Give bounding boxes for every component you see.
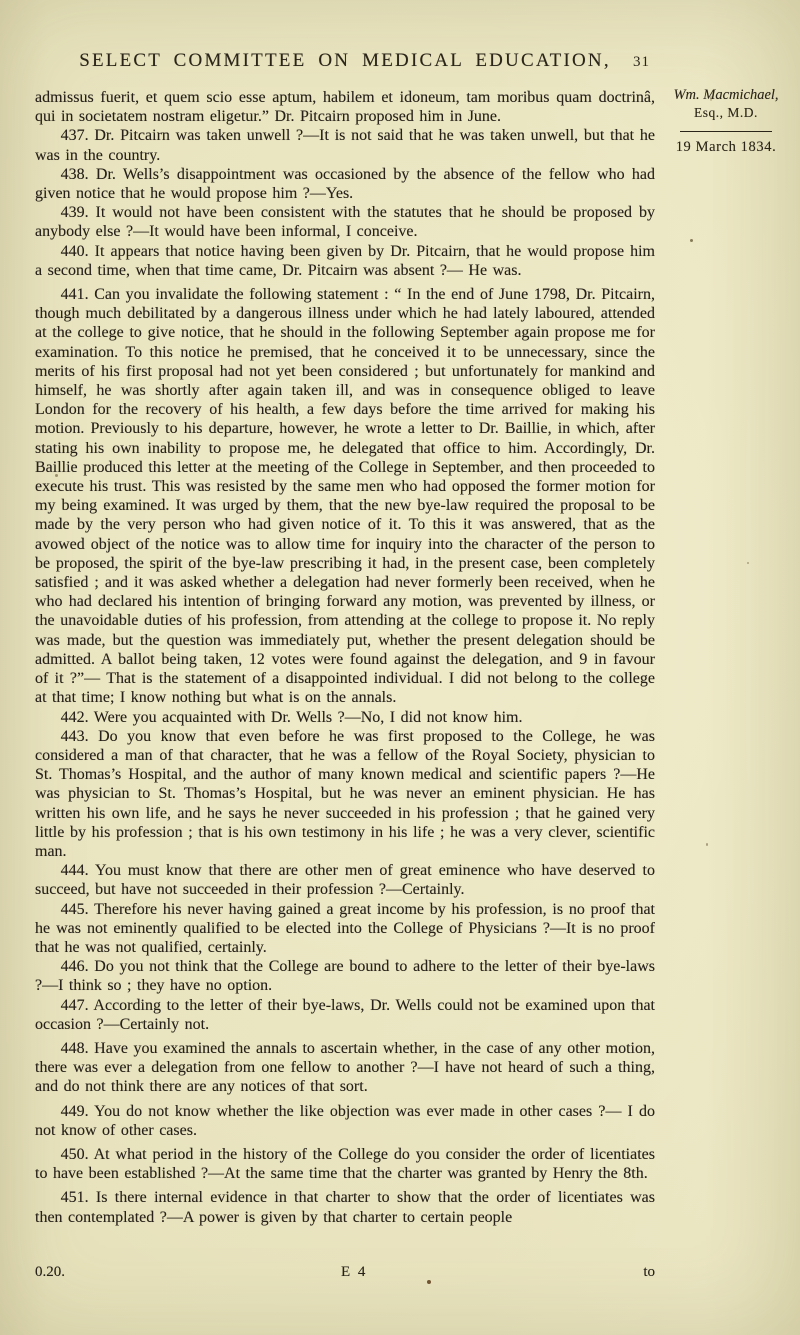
page-number: 31 (633, 54, 650, 71)
qa-444: 444. You must know that there are other … (35, 861, 655, 899)
paper-speck (747, 562, 749, 564)
paper-speck (55, 474, 58, 477)
footer-paper-number: 0.20. (35, 1264, 65, 1281)
qa-442: 442. Were you acquainted with Dr. Wells … (35, 708, 655, 727)
witness-name: Wm. Macmichael, (660, 86, 792, 104)
session-date: 19 March 1834. (660, 139, 792, 156)
paragraph-continuation: admissus fuerit, et quem scio esse aptum… (35, 88, 655, 126)
page-footer: 0.20. E 4 to (35, 1264, 655, 1281)
qa-451: 451. Is there internal evidence in that … (35, 1188, 655, 1226)
paper-speck (690, 239, 693, 242)
qa-447: 447. According to the letter of their by… (35, 996, 655, 1034)
paper-speck (706, 843, 708, 846)
printer-signature: E 4 (341, 1264, 367, 1281)
qa-441: 441. Can you invalidate the following st… (35, 285, 655, 707)
qa-450: 450. At what period in the history of th… (35, 1145, 655, 1183)
witness-title: Esq., M.D. (660, 104, 792, 122)
qa-449: 449. You do not know whether the like ob… (35, 1102, 655, 1140)
qa-437: 437. Dr. Pitcairn was taken unwell ?—It … (35, 126, 655, 164)
qa-440: 440. It appears that notice having been … (35, 242, 655, 280)
margin-note-divider (680, 131, 772, 132)
qa-446: 446. Do you not think that the College a… (35, 957, 655, 995)
running-header-title: SELECT COMMITTEE ON MEDICAL EDUCATION, (35, 50, 655, 72)
main-text-column: admissus fuerit, et quem scio esse aptum… (35, 88, 655, 1227)
qa-443: 443. Do you know that even before he was… (35, 727, 655, 861)
paper-speck (710, 96, 712, 101)
qa-445: 445. Therefore his never having gained a… (35, 900, 655, 958)
paper-speck (427, 1280, 431, 1284)
qa-438: 438. Dr. Wells’s disappointment was occa… (35, 165, 655, 203)
qa-439: 439. It would not have been consistent w… (35, 203, 655, 241)
scanned-document-page: SELECT COMMITTEE ON MEDICAL EDUCATION, 3… (0, 0, 800, 1335)
qa-448: 448. Have you examined the annals to asc… (35, 1039, 655, 1097)
catchword: to (643, 1264, 655, 1281)
witness-margin-note: Wm. Macmichael, Esq., M.D. 19 March 1834… (660, 86, 792, 156)
